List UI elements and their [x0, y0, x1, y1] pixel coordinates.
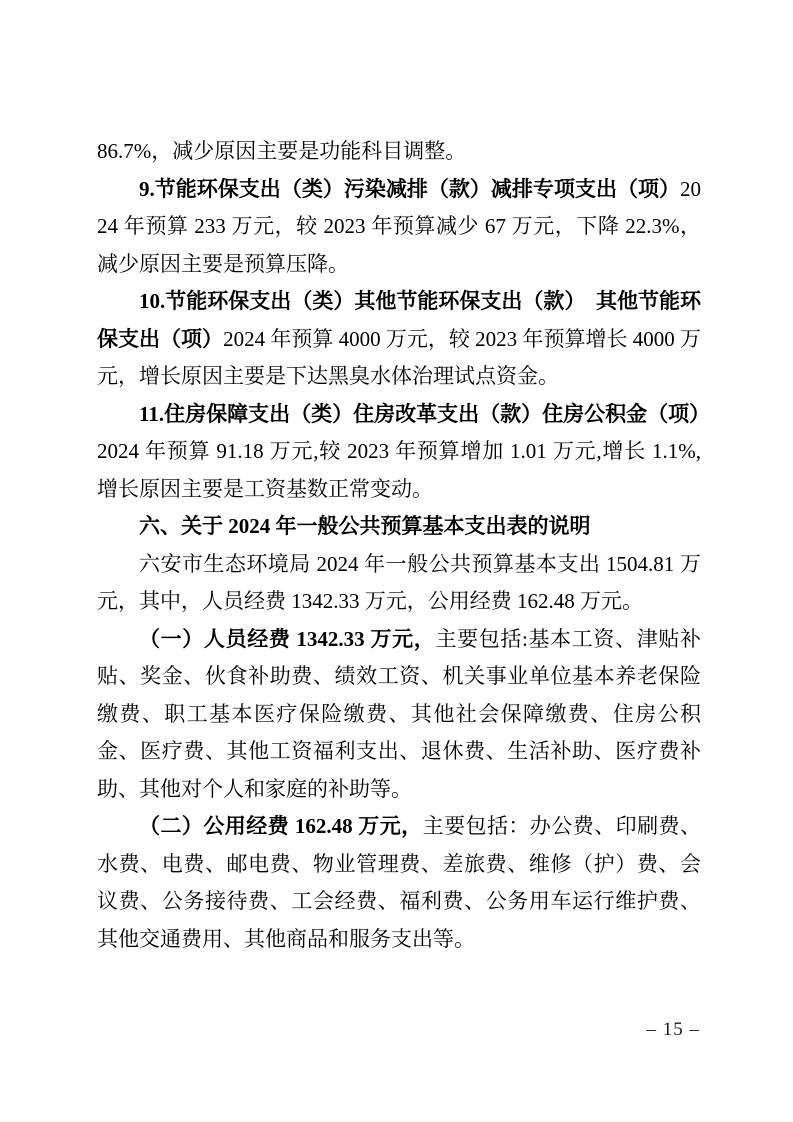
page-number: – 15 –: [647, 1019, 701, 1040]
document-body: 86.7%，减少原因主要是功能科目调整。 9.节能环保支出（类）污染减排（款）减…: [97, 133, 701, 958]
paragraph-continuation: 86.7%，减少原因主要是功能科目调整。: [97, 133, 701, 171]
heading-run: 六、关于 2024 年一般公共预算基本支出表的说明: [139, 514, 591, 538]
text-run: 2024 年预算 91.18 万元,较 2023 年预算增加 1.01 万元,增…: [97, 439, 701, 501]
paragraph-item-9: 9.节能环保支出（类）污染减排（款）减排专项支出（项）2024 年预算 233 …: [97, 171, 701, 284]
section-heading: 六、关于 2024 年一般公共预算基本支出表的说明: [97, 508, 701, 546]
paragraph-summary: 六安市生态环境局 2024 年一般公共预算基本支出 1504.81 万元，其中，…: [97, 546, 701, 621]
paragraph-item-11: 11.住房保障支出（类）住房改革支出（款）住房公积金（项）2024 年预算 91…: [97, 396, 701, 509]
paragraph-public-funds: （二）公用经费 162.48 万元，主要包括：办公费、印刷费、水费、电费、邮电费…: [97, 808, 701, 958]
bold-run: 9.节能环保支出（类）污染减排（款）减排专项支出（项）: [139, 177, 680, 201]
page-footer: – 15 –: [647, 1019, 701, 1041]
paragraph-item-10: 10.节能环保支出（类）其他节能环保支出（款） 其他节能环保支出（项）2024 …: [97, 283, 701, 396]
bold-run: （一）人员经费 1342.33 万元，: [139, 627, 435, 651]
bold-run: 11.住房保障支出（类）住房改革支出（款）住房公积金（项）: [139, 402, 710, 426]
text-run: 主要包括:基本工资、津贴补贴、奖金、伙食补助费、绩效工资、机关事业单位基本养老保…: [97, 627, 701, 801]
bold-run: （二）公用经费 162.48 万元，: [139, 814, 423, 838]
paragraph-personnel-funds: （一）人员经费 1342.33 万元，主要包括:基本工资、津贴补贴、奖金、伙食补…: [97, 621, 701, 809]
document-page: 86.7%，减少原因主要是功能科目调整。 9.节能环保支出（类）污染减排（款）减…: [0, 0, 793, 1122]
text-run: 六安市生态环境局 2024 年一般公共预算基本支出 1504.81 万元，其中，…: [97, 552, 701, 614]
text-run: 86.7%，减少原因主要是功能科目调整。: [97, 139, 466, 163]
